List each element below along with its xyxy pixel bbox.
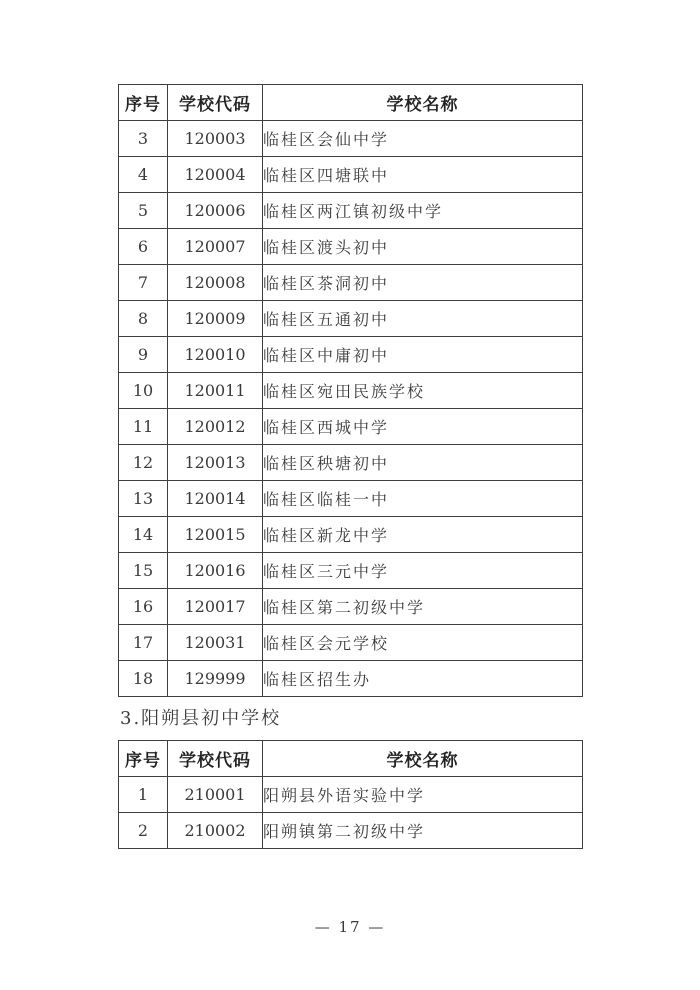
school-code-cell: 120031 [168, 625, 263, 661]
table-row: 1210001阳朔县外语实验中学 [119, 777, 583, 813]
school-code-cell: 120003 [168, 121, 263, 157]
school-code-cell: 120010 [168, 337, 263, 373]
school-code-cell: 120014 [168, 481, 263, 517]
school-name-cell: 临桂区茶洞初中 [263, 265, 583, 301]
row-number-cell: 13 [119, 481, 168, 517]
header-school-code: 学校代码 [168, 85, 263, 121]
school-code-cell: 120012 [168, 409, 263, 445]
table-row: 16120017临桂区第二初级中学 [119, 589, 583, 625]
row-number-cell: 16 [119, 589, 168, 625]
row-number-cell: 11 [119, 409, 168, 445]
header-row-number: 序号 [119, 741, 168, 777]
document-body: 序号 学校代码 学校名称 3120003临桂区会仙中学4120004临桂区四塘联… [118, 84, 582, 849]
school-name-cell: 临桂区渡头初中 [263, 229, 583, 265]
table-row: 15120016临桂区三元中学 [119, 553, 583, 589]
row-number-cell: 18 [119, 661, 168, 697]
school-code-cell: 120016 [168, 553, 263, 589]
row-number-cell: 3 [119, 121, 168, 157]
school-name-cell: 临桂区会仙中学 [263, 121, 583, 157]
school-code-cell: 120008 [168, 265, 263, 301]
row-number-cell: 12 [119, 445, 168, 481]
table-row: 13120014临桂区临桂一中 [119, 481, 583, 517]
school-name-cell: 临桂区三元中学 [263, 553, 583, 589]
section-heading: 3.阳朔县初中学校 [120, 706, 582, 732]
school-table-yangshuo: 序号 学校代码 学校名称 1210001阳朔县外语实验中学2210002阳朔镇第… [118, 740, 583, 849]
school-code-cell: 120013 [168, 445, 263, 481]
school-code-cell: 120011 [168, 373, 263, 409]
table-row: 4120004临桂区四塘联中 [119, 157, 583, 193]
table-row: 17120031临桂区会元学校 [119, 625, 583, 661]
header-row-number: 序号 [119, 85, 168, 121]
row-number-cell: 4 [119, 157, 168, 193]
row-number-cell: 6 [119, 229, 168, 265]
table-row: 8120009临桂区五通初中 [119, 301, 583, 337]
row-number-cell: 2 [119, 813, 168, 849]
table-row: 12120013临桂区秧塘初中 [119, 445, 583, 481]
school-code-cell: 120004 [168, 157, 263, 193]
row-number-cell: 17 [119, 625, 168, 661]
table-row: 5120006临桂区两江镇初级中学 [119, 193, 583, 229]
school-name-cell: 临桂区西城中学 [263, 409, 583, 445]
header-school-code: 学校代码 [168, 741, 263, 777]
school-name-cell: 临桂区两江镇初级中学 [263, 193, 583, 229]
table-row: 9120010临桂区中庸初中 [119, 337, 583, 373]
table-row: 3120003临桂区会仙中学 [119, 121, 583, 157]
header-school-name: 学校名称 [263, 741, 583, 777]
table-row: 10120011临桂区宛田民族学校 [119, 373, 583, 409]
school-table-yangshuo-body: 1210001阳朔县外语实验中学2210002阳朔镇第二初级中学 [119, 777, 583, 849]
school-code-cell: 120006 [168, 193, 263, 229]
school-name-cell: 临桂区宛田民族学校 [263, 373, 583, 409]
school-code-cell: 210001 [168, 777, 263, 813]
school-name-cell: 临桂区五通初中 [263, 301, 583, 337]
school-name-cell: 临桂区临桂一中 [263, 481, 583, 517]
row-number-cell: 9 [119, 337, 168, 373]
school-name-cell: 临桂区第二初级中学 [263, 589, 583, 625]
school-code-cell: 129999 [168, 661, 263, 697]
page-number: — 17 — [0, 918, 700, 936]
school-name-cell: 临桂区会元学校 [263, 625, 583, 661]
row-number-cell: 7 [119, 265, 168, 301]
school-code-cell: 120009 [168, 301, 263, 337]
school-name-cell: 临桂区四塘联中 [263, 157, 583, 193]
school-name-cell: 阳朔镇第二初级中学 [263, 813, 583, 849]
table-row: 6120007临桂区渡头初中 [119, 229, 583, 265]
table-row: 14120015临桂区新龙中学 [119, 517, 583, 553]
school-name-cell: 临桂区中庸初中 [263, 337, 583, 373]
school-name-cell: 临桂区秧塘初中 [263, 445, 583, 481]
table-row: 7120008临桂区茶洞初中 [119, 265, 583, 301]
row-number-cell: 15 [119, 553, 168, 589]
row-number-cell: 1 [119, 777, 168, 813]
table-row: 18129999临桂区招生办 [119, 661, 583, 697]
row-number-cell: 10 [119, 373, 168, 409]
row-number-cell: 8 [119, 301, 168, 337]
table-header-row: 序号 学校代码 学校名称 [119, 85, 583, 121]
table-row: 11120012临桂区西城中学 [119, 409, 583, 445]
school-code-cell: 120015 [168, 517, 263, 553]
header-school-name: 学校名称 [263, 85, 583, 121]
school-table-lingui: 序号 学校代码 学校名称 3120003临桂区会仙中学4120004临桂区四塘联… [118, 84, 583, 697]
school-name-cell: 临桂区新龙中学 [263, 517, 583, 553]
school-name-cell: 临桂区招生办 [263, 661, 583, 697]
school-name-cell: 阳朔县外语实验中学 [263, 777, 583, 813]
table-row: 2210002阳朔镇第二初级中学 [119, 813, 583, 849]
school-code-cell: 210002 [168, 813, 263, 849]
school-code-cell: 120007 [168, 229, 263, 265]
school-code-cell: 120017 [168, 589, 263, 625]
table-header-row: 序号 学校代码 学校名称 [119, 741, 583, 777]
school-table-lingui-body: 3120003临桂区会仙中学4120004临桂区四塘联中5120006临桂区两江… [119, 121, 583, 697]
row-number-cell: 14 [119, 517, 168, 553]
row-number-cell: 5 [119, 193, 168, 229]
